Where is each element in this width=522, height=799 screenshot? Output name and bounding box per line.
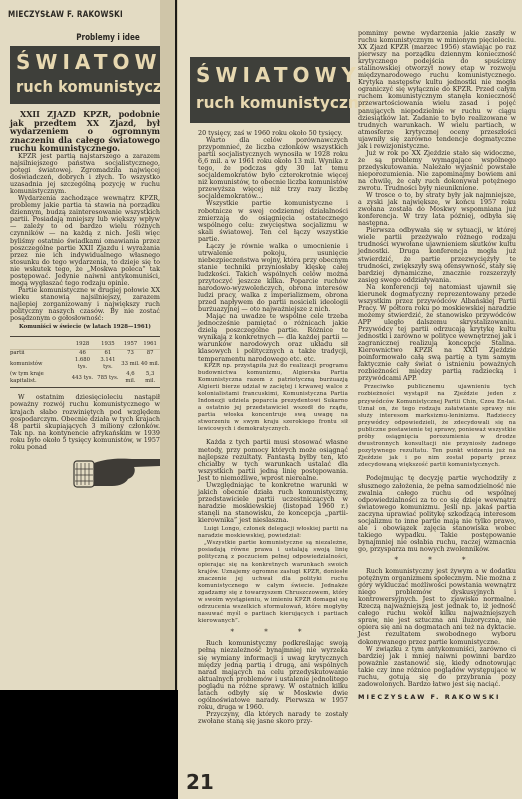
title-banner: ŚWIATOWY ruch komunistyczny xyxy=(190,57,350,123)
table-cell: 5,3 mil. xyxy=(140,371,160,388)
paragraph: Już w rok po XX Zjeździe stało się widoc… xyxy=(358,150,516,192)
title-line-2: ruch komunistyczny xyxy=(16,77,160,96)
table-row: partii 46 61 73 87 xyxy=(10,350,160,358)
byline: MIECZYSŁAW F. RAKOWSKI xyxy=(8,10,123,20)
column-header: 1935 xyxy=(95,337,120,350)
paragraph: Wszystkie partie komunistyczne i robotni… xyxy=(198,200,348,242)
section-label: Problemy i idee xyxy=(76,33,140,43)
quote-box: Luigi Longo, członek delegacji włoskiej … xyxy=(198,526,348,625)
scan-background xyxy=(0,690,178,799)
inset-box: KPZR np. przystąpiła już do realizacji p… xyxy=(198,363,348,434)
section-separator: * * * xyxy=(198,629,348,636)
signature: MIECZYSŁAW F. RAKOWSKI xyxy=(358,694,516,701)
page-divider xyxy=(175,0,177,799)
right-page: ŚWIATOWY ruch komunistyczny 20 tysięcy, … xyxy=(178,0,522,799)
paragraph: Partie komunistyczne w drugiej połowie X… xyxy=(10,287,160,322)
inset-paragraph: KPZR np. przystąpiła już do realizacji p… xyxy=(198,363,348,434)
table-cell: 785 tys. xyxy=(95,371,120,388)
table-caption: Komuniści w świecie (w latach 1928—1961) xyxy=(10,324,160,336)
statistics-table: Komuniści w świecie (w latach 1928—1961)… xyxy=(10,324,160,388)
paragraph: Przyczyny, dla których narady te zostały… xyxy=(198,711,348,725)
table-cell: 87 xyxy=(140,350,160,358)
paragraph: W związku z tym antykomuniści, zarówno c… xyxy=(358,646,516,688)
paragraph: KPZR jest partią najstarszego a zarazem … xyxy=(10,153,160,195)
table-row: (w tym kraje kapitalist. 443 tys. 785 ty… xyxy=(10,371,160,388)
paragraph: Pierwsza odbywała się w sytuacji, w któr… xyxy=(358,227,516,283)
paragraph: W trosce o to, by straty były jak najmni… xyxy=(358,192,516,227)
paragraph: Każda z tych partii musi stosować własne… xyxy=(198,439,348,481)
table-cell: 1.680 tys. xyxy=(70,357,95,371)
left-page-column: XXII ZJAZD KPZR, podobnie jak przedtem X… xyxy=(10,110,160,451)
lead-paragraph: XXII ZJAZD KPZR, podobnie jak przedtem X… xyxy=(10,110,160,153)
paragraph: Wydarzenia zachodzące wewnątrz KPZR, pro… xyxy=(10,195,160,287)
inset-box: Przeciwko publicznemu ujawnieniu tych ro… xyxy=(358,384,516,469)
title-banner: ŚWIATOWY ruch komunistyczny xyxy=(10,46,160,104)
table-header-row: 1928 1935 1957 1961 xyxy=(10,337,160,350)
paragraph: Uwzględniając te konkretne warunki w jak… xyxy=(198,482,348,524)
page-number: 21 xyxy=(186,770,214,794)
quote-intro: Luigi Longo, członek delegacji włoskiej … xyxy=(198,526,348,540)
paragraph: Podejmując tę decyzję partie wychodziły … xyxy=(358,475,516,553)
table-cell: 3.141 tys. xyxy=(95,357,120,371)
table-cell: 46 xyxy=(70,350,95,358)
title-line-2: ruch komunistyczny xyxy=(196,93,369,112)
right-page-column-2: pomnimy pewne wydarzenia jakie zaszły w … xyxy=(358,30,516,701)
section-separator: * * * xyxy=(358,557,516,564)
quote-text: „Wszystkie partie komunistyczne są nieza… xyxy=(198,540,348,625)
paragraph: Ruch komunistyczny podkreślając swoją pe… xyxy=(198,640,348,710)
title-line-1: ŚWIATOWY xyxy=(16,50,160,74)
table-cell: 61 xyxy=(95,350,120,358)
paragraph: pomnimy pewne wydarzenia jakie zaszły w … xyxy=(358,30,516,150)
paragraph: W ostatnim dziesięcioleciu nastąpił powa… xyxy=(10,394,160,450)
inset-paragraph: Przeciwko publicznemu ujawnieniu tych ro… xyxy=(358,384,516,469)
column-header: 1961 xyxy=(140,337,160,350)
table-cell: 443 tys. xyxy=(70,371,95,388)
paragraph: Łączy je równie walka o umocnienie i utr… xyxy=(198,243,348,313)
table-cell: 4,6 mil. xyxy=(121,371,141,388)
left-page: MIECZYSŁAW F. RAKOWSKI Problemy i idee Ś… xyxy=(0,0,160,690)
table-cell: 73 xyxy=(121,350,141,358)
column-header xyxy=(10,337,70,350)
table-cell: (w tym kraje kapitalist. xyxy=(10,371,70,388)
paragraph: Na konferencji tej natomiast ujawnił się… xyxy=(358,284,516,383)
table-row: komunistów 1.680 tys. 3.141 tys. 33 mil.… xyxy=(10,357,160,371)
column-header: 1957 xyxy=(121,337,141,350)
table-cell: 40 mil. xyxy=(140,357,160,371)
table-cell: 33 mil. xyxy=(121,357,141,371)
table-cell: komunistów xyxy=(10,357,70,371)
column-header: 1928 xyxy=(70,337,95,350)
title-line-1: ŚWIATOWY xyxy=(196,63,361,87)
paragraph: Ruch komunistyczny jest żywym a w dodatk… xyxy=(358,568,516,646)
right-page-column-1: 20 tysięcy, zaś w 1960 roku około 50 tys… xyxy=(198,130,348,725)
paragraph: Warto dla celów porównawczych przypomnie… xyxy=(198,137,348,200)
pointing-hand-icon xyxy=(72,455,160,491)
paragraph: Mając na uwadze te wspólne cele trzeba j… xyxy=(198,313,348,362)
table-cell: partii xyxy=(10,350,70,358)
